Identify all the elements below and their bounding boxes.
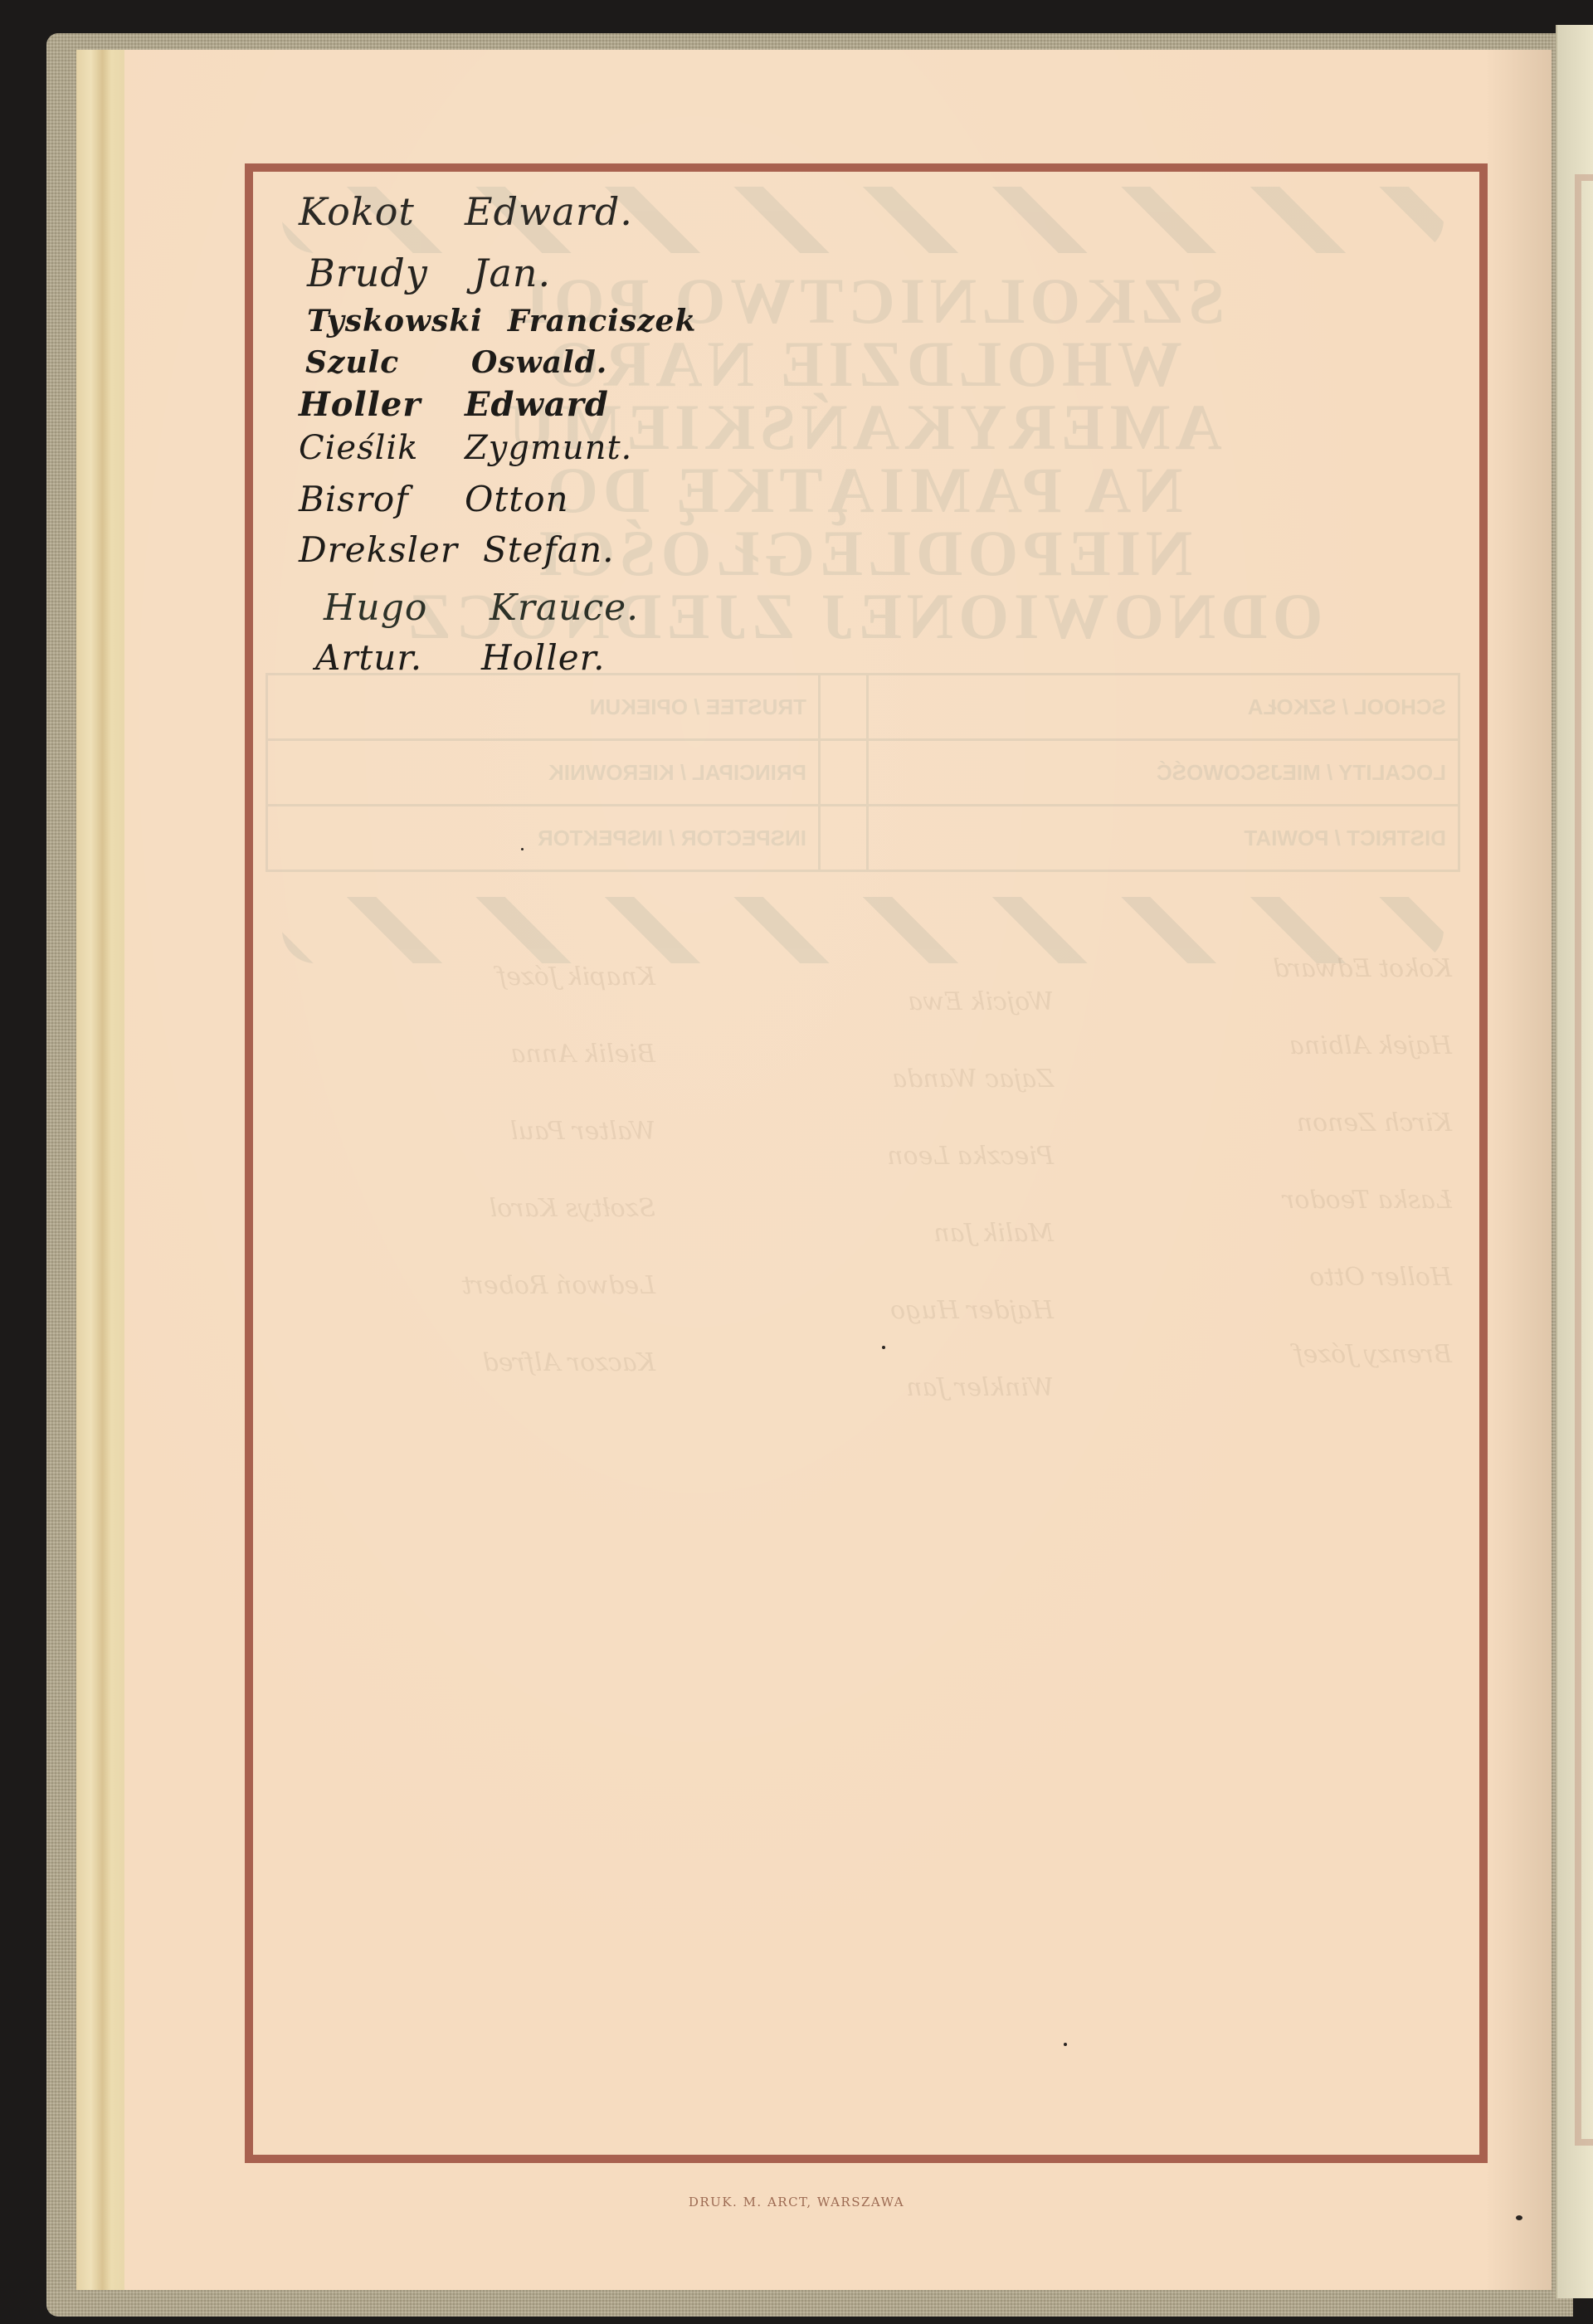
signature-surname: Cieślik xyxy=(299,429,440,467)
signature-entry: SzulcOswald. xyxy=(305,345,879,380)
signature-surname: Brudy xyxy=(307,251,448,295)
signature-given-name: Oswald. xyxy=(471,345,607,380)
signature-list: KokotEdward. BrudyJan. TyskowskiFrancisz… xyxy=(299,189,879,678)
signature-entry: DrekslerStefan. xyxy=(299,529,879,570)
signature-surname: Holler xyxy=(299,385,440,424)
signature-given-name: Stefan. xyxy=(483,529,615,570)
paper-speck xyxy=(882,1346,885,1349)
signature-entry: HugoKrauce. xyxy=(324,587,879,629)
signature-entry: TyskowskiFranciszek xyxy=(307,304,879,339)
signature-surname: Dreksler xyxy=(299,529,458,570)
paper-speck xyxy=(1064,2043,1067,2046)
signature-entry: BrudyJan. xyxy=(307,251,879,295)
signature-entry: HollerEdward xyxy=(299,385,879,424)
ink-spot xyxy=(1516,2215,1522,2220)
signature-entry: BisrofOtton xyxy=(299,479,879,519)
signature-surname: Hugo xyxy=(324,587,465,629)
signature-given-name: Otton xyxy=(465,479,569,519)
signature-surname: Szulc xyxy=(305,345,446,380)
signature-given-name: Franciszek xyxy=(508,304,697,339)
signature-entry: CieślikZygmunt. xyxy=(299,429,879,467)
signature-surname: Artur. xyxy=(315,637,456,678)
signature-given-name: Zygmunt. xyxy=(465,429,632,467)
signature-given-name: Holler. xyxy=(481,637,605,678)
signature-surname: Kokot xyxy=(299,189,440,234)
signature-surname: Bisrof xyxy=(299,479,440,519)
signature-entry: Artur.Holler. xyxy=(315,637,879,678)
signature-given-name: Edward xyxy=(465,385,609,424)
signature-entry: KokotEdward. xyxy=(299,189,879,234)
signature-given-name: Krauce. xyxy=(490,587,639,629)
signature-given-name: Jan. xyxy=(473,251,551,295)
paper-speck xyxy=(521,848,524,850)
adjacent-page-frame xyxy=(1575,174,1593,2146)
signature-given-name: Edward. xyxy=(465,189,633,234)
signature-surname: Tyskowski xyxy=(307,304,483,339)
printer-imprint: DRUK. M. ARCT, WARSZAWA xyxy=(0,2195,1593,2210)
gutter-shadow xyxy=(1485,50,1552,2290)
